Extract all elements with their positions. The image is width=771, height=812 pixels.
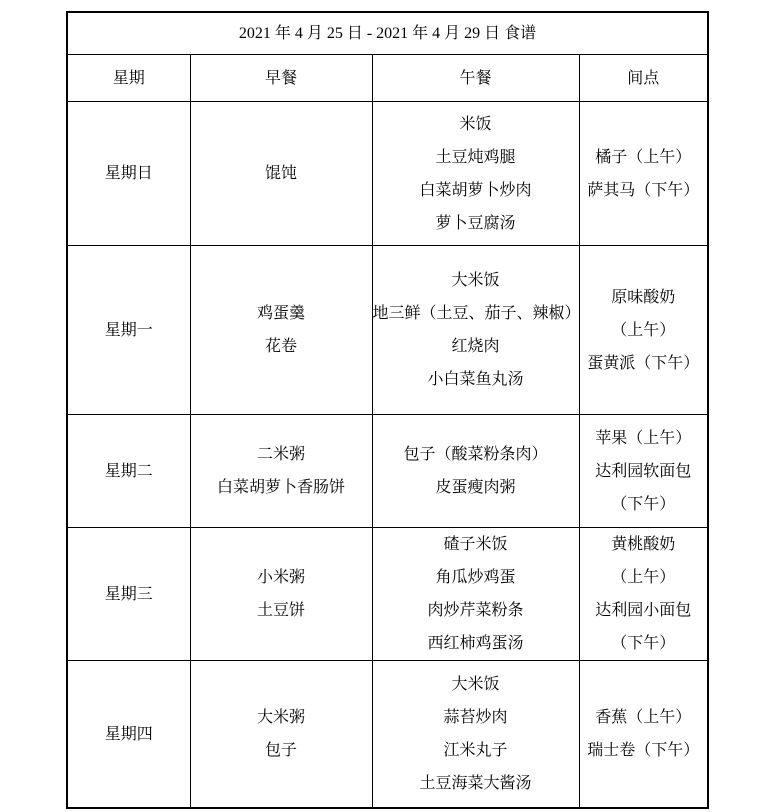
day-cell: 星期二 — [67, 415, 190, 528]
text-line: 肉炒芹菜粉条 — [373, 594, 579, 627]
text-line: 小米粥 — [191, 561, 372, 594]
lunch-cell: 碴子米饭角瓜炒鸡蛋肉炒芹菜粉条西红柿鸡蛋汤 — [372, 528, 579, 661]
text-line: 土豆炖鸡腿 — [373, 141, 579, 174]
text-line: 米饭 — [373, 108, 579, 141]
snack-cell: 苹果（上午）达利园软面包（下午） — [579, 415, 708, 528]
text-line: 江米丸子 — [373, 734, 579, 767]
snack-cell: 原味酸奶（上午）蛋黄派（下午） — [579, 246, 708, 415]
text-line: （下午） — [580, 627, 708, 660]
text-line: （下午） — [580, 488, 708, 521]
day-cell: 星期一 — [67, 246, 190, 415]
text-line: 皮蛋瘦肉粥 — [373, 471, 579, 504]
text-line: 达利园软面包 — [580, 455, 708, 488]
breakfast-cell: 二米粥白菜胡萝卜香肠饼 — [190, 415, 372, 528]
text-line: （上午） — [580, 561, 708, 594]
day-cell: 星期三 — [67, 528, 190, 661]
breakfast-cell: 大米粥包子 — [190, 661, 372, 809]
text-line: 萨其马（下午） — [580, 174, 708, 207]
table-row-sunday: 星期日 馄饨 米饭土豆炖鸡腿白菜胡萝卜炒肉萝卜豆腐汤 橘子（上午）萨其马（下午） — [67, 102, 708, 246]
text-line: 原味酸奶 — [580, 281, 708, 314]
lunch-cell: 米饭土豆炖鸡腿白菜胡萝卜炒肉萝卜豆腐汤 — [372, 102, 579, 246]
text-line: 香蕉（上午） — [580, 701, 708, 734]
column-header-breakfast: 早餐 — [190, 55, 372, 102]
text-line: 小白菜鱼丸汤 — [373, 363, 579, 396]
table-row-thursday: 星期四 大米粥包子 大米饭蒜苔炒肉江米丸子土豆海菜大酱汤 香蕉（上午）瑞士卷（下… — [67, 661, 708, 809]
text-line: 鸡蛋羹 — [191, 297, 372, 330]
text-line: （上午） — [580, 314, 708, 347]
table-row-tuesday: 星期二 二米粥白菜胡萝卜香肠饼 包子（酸菜粉条肉）皮蛋瘦肉粥 苹果（上午）达利园… — [67, 415, 708, 528]
page: { "table": { "title": "2021 年 4 月 25 日 -… — [0, 0, 771, 812]
snack-cell: 黄桃酸奶（上午）达利园小面包（下午） — [579, 528, 708, 661]
table-title: 2021 年 4 月 25 日 - 2021 年 4 月 29 日 食谱 — [67, 12, 708, 55]
text-line: 白菜胡萝卜香肠饼 — [191, 471, 372, 504]
text-line: 大米饭 — [373, 264, 579, 297]
lunch-cell: 大米饭地三鲜（土豆、茄子、辣椒）红烧肉小白菜鱼丸汤 — [372, 246, 579, 415]
table-row-wednesday: 星期三 小米粥土豆饼 碴子米饭角瓜炒鸡蛋肉炒芹菜粉条西红柿鸡蛋汤 黄桃酸奶（上午… — [67, 528, 708, 661]
header-row: 星期 早餐 午餐 间点 — [67, 55, 708, 102]
column-header-lunch: 午餐 — [372, 55, 579, 102]
text-line: 地三鲜（土豆、茄子、辣椒） — [373, 297, 579, 330]
title-row: 2021 年 4 月 25 日 - 2021 年 4 月 29 日 食谱 — [67, 12, 708, 55]
text-line: 萝卜豆腐汤 — [373, 207, 579, 240]
breakfast-cell: 鸡蛋羹花卷 — [190, 246, 372, 415]
text-line: 橘子（上午） — [580, 141, 708, 174]
text-line: 黄桃酸奶 — [580, 528, 708, 561]
text-line: 角瓜炒鸡蛋 — [373, 561, 579, 594]
text-line: 白菜胡萝卜炒肉 — [373, 174, 579, 207]
text-line: 大米粥 — [191, 701, 372, 734]
text-line: 瑞士卷（下午） — [580, 734, 708, 767]
text-line: 包子 — [191, 734, 372, 767]
day-cell: 星期日 — [67, 102, 190, 246]
column-header-day: 星期 — [67, 55, 190, 102]
text-line: 包子（酸菜粉条肉） — [373, 438, 579, 471]
snack-cell: 香蕉（上午）瑞士卷（下午） — [579, 661, 708, 809]
lunch-cell: 包子（酸菜粉条肉）皮蛋瘦肉粥 — [372, 415, 579, 528]
text-line: 碴子米饭 — [373, 528, 579, 561]
text-line: 土豆饼 — [191, 594, 372, 627]
column-header-snack: 间点 — [579, 55, 708, 102]
text-line: 苹果（上午） — [580, 422, 708, 455]
lunch-cell: 大米饭蒜苔炒肉江米丸子土豆海菜大酱汤 — [372, 661, 579, 809]
text-line: 达利园小面包 — [580, 594, 708, 627]
breakfast-cell: 馄饨 — [190, 102, 372, 246]
text-line: 红烧肉 — [373, 330, 579, 363]
day-cell: 星期四 — [67, 661, 190, 809]
text-line: 西红柿鸡蛋汤 — [373, 627, 579, 660]
text-line: 土豆海菜大酱汤 — [373, 767, 579, 800]
weekly-menu-table: 2021 年 4 月 25 日 - 2021 年 4 月 29 日 食谱 星期 … — [66, 11, 709, 809]
snack-cell: 橘子（上午）萨其马（下午） — [579, 102, 708, 246]
text-line: 花卷 — [191, 330, 372, 363]
text-line: 蛋黄派（下午） — [580, 347, 708, 380]
text-line: 大米饭 — [373, 668, 579, 701]
table-row-monday: 星期一 鸡蛋羹花卷 大米饭地三鲜（土豆、茄子、辣椒）红烧肉小白菜鱼丸汤 原味酸奶… — [67, 246, 708, 415]
text-line: 蒜苔炒肉 — [373, 701, 579, 734]
text-line: 二米粥 — [191, 438, 372, 471]
breakfast-cell: 小米粥土豆饼 — [190, 528, 372, 661]
text-line: 馄饨 — [191, 157, 372, 190]
